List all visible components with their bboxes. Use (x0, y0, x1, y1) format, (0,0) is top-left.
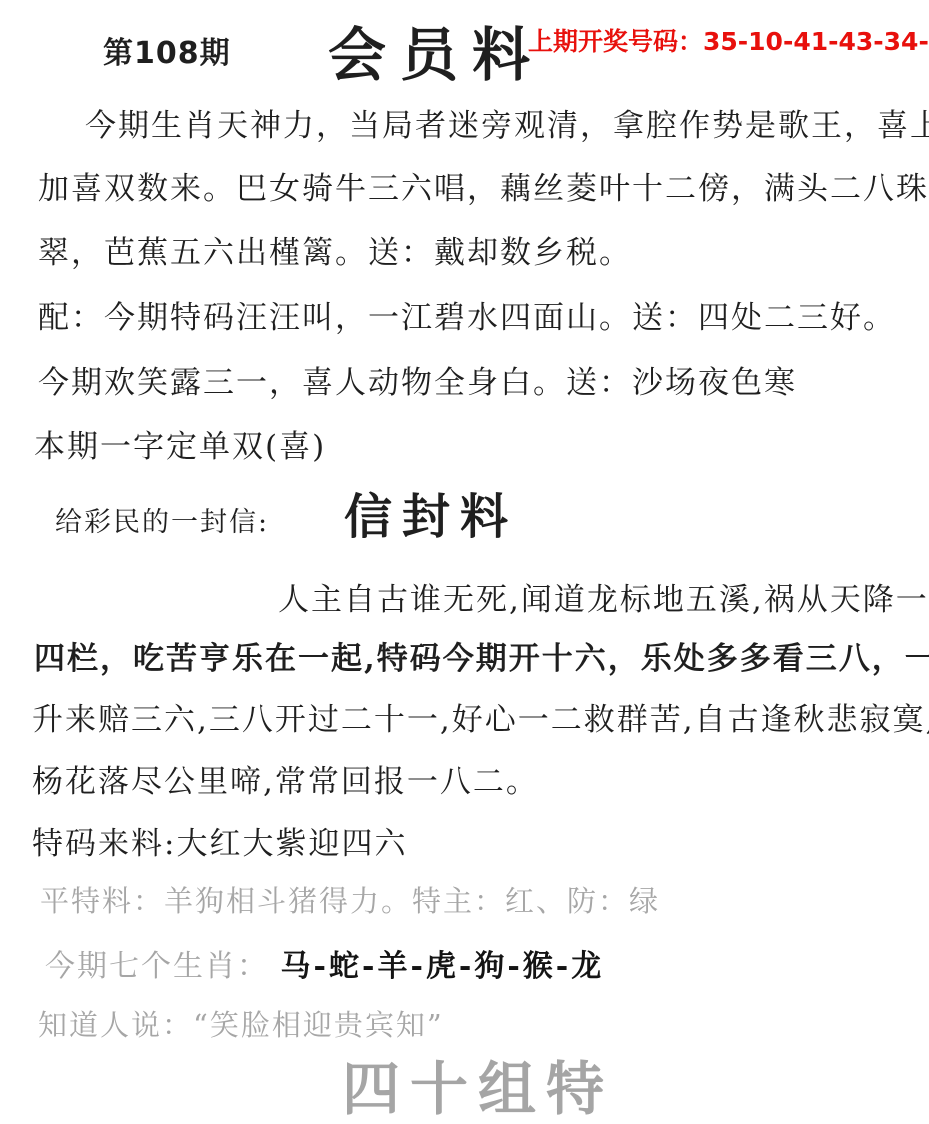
member-line-1: 今期生肖天神力，当局者迷旁观清，拿腔作势是歌王，喜上 (85, 100, 929, 145)
letter-line-1: 人主自古谁无死,闻道龙标地五溪,祸从天降一 (278, 574, 929, 619)
member-line-3: 翠，芭蕉五六出槿篱。送：戴却数乡税。 (38, 227, 632, 272)
footer-stamp: 四十组特 (342, 1042, 614, 1124)
letter-line-3: 升来赔三六,三八开过二十一,好心一二救群苦,自古逢秋悲寂寞, (32, 694, 929, 739)
letter-intro-label: 给彩民的一封信: (55, 500, 269, 539)
zodiac-line: 今期七个生肖： 马-蛇-羊-虎-狗-猴-龙 (45, 941, 604, 985)
member-line-2: 加喜双数来。巴女骑牛三六唱，藕丝菱叶十二傍，满头二八珠间 (38, 163, 929, 208)
letter-section-title: 信封料 (344, 478, 518, 547)
zodiac-label: 今期七个生肖： (45, 949, 269, 984)
letter-line-2: 四栏，吃苦亨乐在一起,特码今期开十六，乐处多多看三八，一七 (34, 633, 929, 678)
issue-number: 第108期 (103, 28, 231, 72)
member-line-5: 今期欢笑露三一，喜人动物全身白。送：沙场夜色寒 (38, 357, 797, 402)
member-line-6: 本期一字定单双(喜) (34, 421, 326, 466)
page-title: 会员料 (328, 8, 544, 92)
quote-line: 知道人说：“笑脸相迎贵宾知” (38, 1003, 444, 1044)
zodiac-values: 马-蛇-羊-虎-狗-猴-龙 (281, 949, 605, 984)
letter-line-4: 杨花落尽公里啼,常常回报一八二。 (32, 756, 539, 801)
faded-tip-line: 平特料：羊狗相斗猪得力。特主：红、防：绿 (40, 879, 660, 920)
special-code-line: 特码来料:大红大紫迎四六 (32, 818, 407, 863)
last-draw-numbers: 上期开奖号码：35-10-41-43-34-06+49 (528, 22, 929, 58)
member-line-4: 配：今期特码汪汪叫，一江碧水四面山。送：四处二三好。 (38, 292, 896, 337)
lottery-tip-sheet: 第108期 会员料 上期开奖号码：35-10-41-43-34-06+49 今期… (0, 0, 929, 1124)
